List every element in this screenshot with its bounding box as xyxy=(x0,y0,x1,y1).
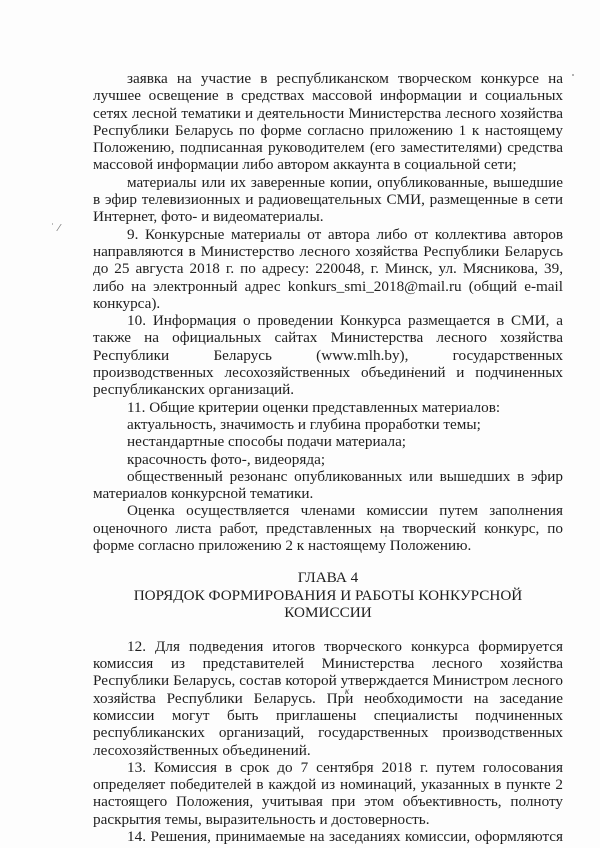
paragraph-evaluation: Оценка осуществляется членами комиссии п… xyxy=(93,502,563,554)
scan-speck xyxy=(572,74,574,76)
paragraph-10: 10. Информация о проведении Конкурса раз… xyxy=(93,312,563,398)
spacer xyxy=(93,622,563,638)
scan-speck xyxy=(412,367,414,369)
criterion-1: актуальность, значимость и глубина прора… xyxy=(93,416,563,433)
criterion-2: нестандартные способы подачи материала; xyxy=(93,433,563,450)
criterion-4: общественный резонанс опубликованных или… xyxy=(93,468,563,503)
handwritten-correction-mark: к xyxy=(345,686,349,696)
scan-artifact: ˙ ⁄ xyxy=(50,223,60,234)
paragraph-12: 12. Для подведения итогов творческого ко… xyxy=(93,638,563,759)
paragraph-application: заявка на участие в республиканском твор… xyxy=(93,70,563,174)
paragraph-13: 13. Комиссия в срок до 7 сентября 2018 г… xyxy=(93,759,563,828)
document-page: заявка на участие в республиканском твор… xyxy=(93,70,563,845)
paragraph-materials: материалы или их заверенные копии, опубл… xyxy=(93,174,563,226)
chapter-number: ГЛАВА 4 xyxy=(93,569,563,587)
paragraph-9: 9. Конкурсные материалы от автора либо о… xyxy=(93,226,563,312)
scan-speck xyxy=(385,535,387,537)
spacer xyxy=(93,554,563,569)
criterion-3: красочность фото-, видеоряда; xyxy=(93,451,563,468)
paragraph-14: 14. Решения, принимаемые на заседаниях к… xyxy=(93,828,563,845)
paragraph-11: 11. Общие критерии оценки представленных… xyxy=(93,399,563,416)
chapter-title: ПОРЯДОК ФОРМИРОВАНИЯ И РАБОТЫ КОНКУРСНОЙ… xyxy=(93,587,563,622)
